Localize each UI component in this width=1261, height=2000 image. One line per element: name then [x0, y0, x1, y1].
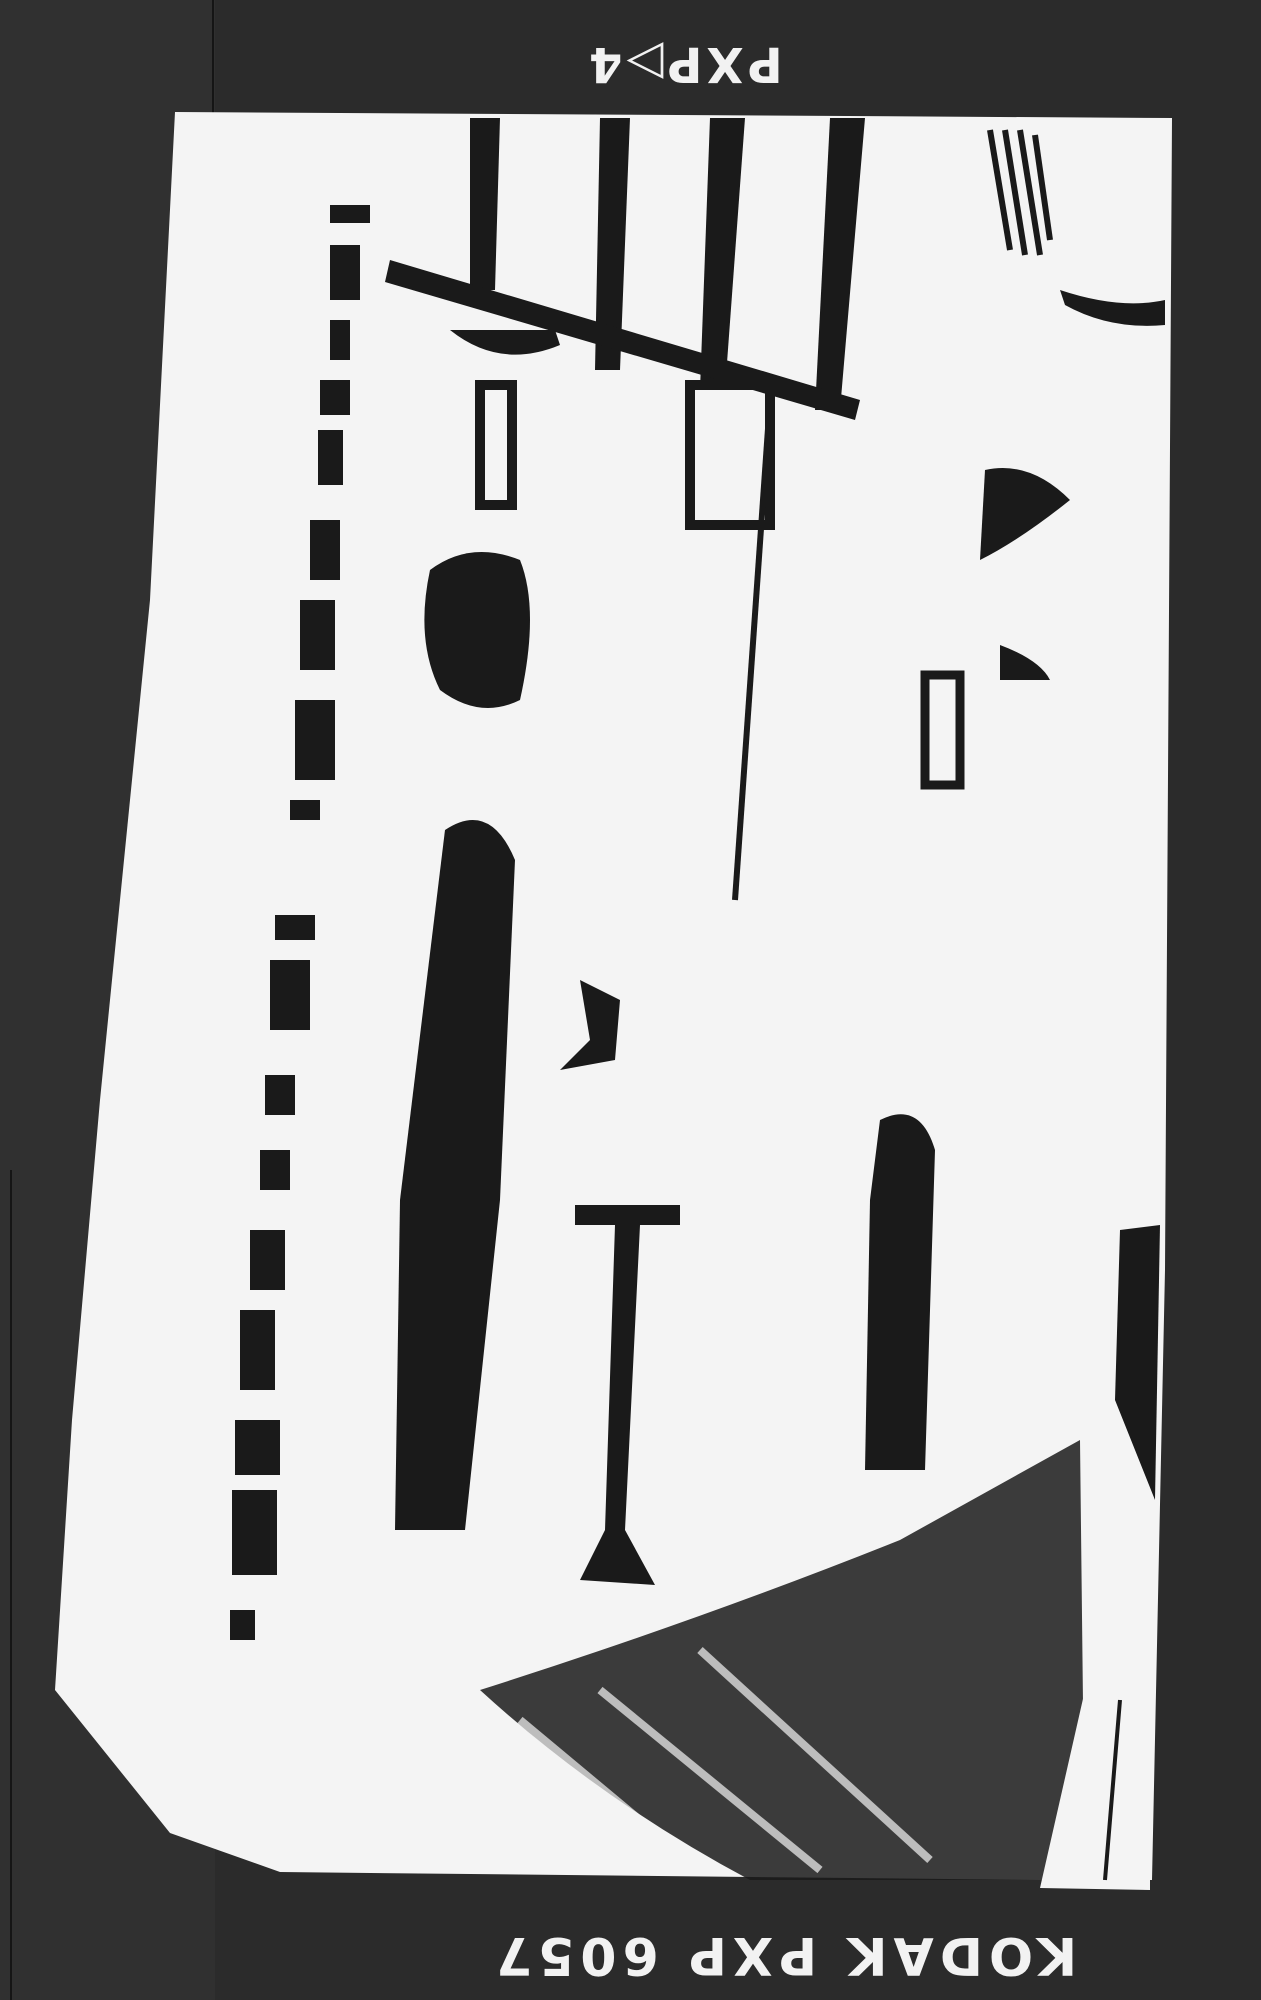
figure-head: [424, 552, 530, 708]
top-bar: [470, 118, 500, 290]
film-edge-label-bottom: KODAK PXP 6057: [490, 1925, 1077, 1985]
film-edge-label-top: PXP▷4: [585, 36, 783, 92]
right-figure: [865, 1114, 935, 1470]
photo-frame: [0, 0, 1261, 2000]
